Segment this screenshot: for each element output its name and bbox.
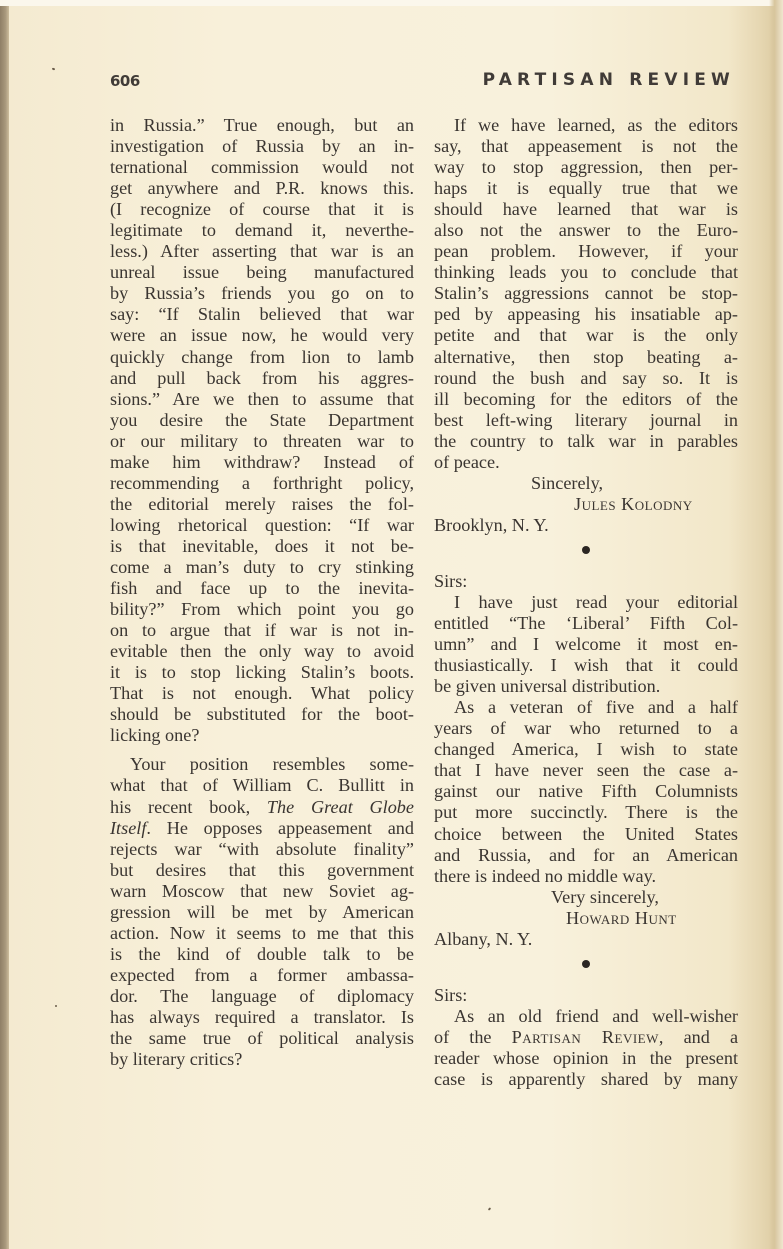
text-fragment: of the [434, 1027, 512, 1047]
closing: Sincerely, [434, 473, 738, 494]
text-line: make him withdraw? Instead of [110, 452, 414, 473]
text-line: Stalin’s aggressions cannot be stop- [434, 283, 738, 304]
letter-hunt: Sirs: I have just read your editorial en… [434, 571, 738, 950]
text-line: bility?” From which point you go [110, 599, 414, 620]
page-right-shadow [769, 0, 783, 1249]
location: Brooklyn, N. Y. [434, 515, 738, 536]
page-number: 606 [110, 72, 140, 90]
text-line: lowing rhetorical question: “If war [110, 515, 414, 536]
book-binding-edge [0, 6, 9, 1249]
text-line: investigation of Russia by an in- [110, 136, 414, 157]
text-line: pean problem. However, if your [434, 241, 738, 262]
text-line: by Russia’s friends you go on to [110, 283, 414, 304]
text-line: As an old friend and well-wisher [434, 1006, 738, 1027]
text-line: reader whose opinion in the present [434, 1048, 738, 1069]
text-line: is that inevitable, does it not be- [110, 536, 414, 557]
book-title-italic: The Great Globe [267, 797, 414, 817]
text-line: sions.” Are we then to assume that [110, 389, 414, 410]
text-line: entitled “The ‘Liberal’ Fifth Col- [434, 613, 738, 634]
text-line: Your position resembles some- [110, 754, 414, 775]
text-line: action. Now it seems to me that this [110, 923, 414, 944]
text-line: of peace. [434, 452, 738, 473]
text-line: rejects war “with absolute finality” [110, 839, 414, 860]
text-line: unreal issue being manufactured [110, 262, 414, 283]
text-line: gression will be met by American [110, 902, 414, 923]
text-line: ternational commission would not [110, 157, 414, 178]
text-line: or our military to threaten war to [110, 431, 414, 452]
text-line: come a man’s duty to cry stinking [110, 557, 414, 578]
text-line: way to stop aggression, then per- [434, 157, 738, 178]
text-line: and Russia, and for an American [434, 845, 738, 866]
text-fragment: his recent book, [110, 797, 267, 817]
text-line: petite and that war is the only [434, 325, 738, 346]
paragraph-gap [110, 746, 414, 754]
text-line: of the Partisan Review, and a [434, 1027, 738, 1048]
text-line: should be substituted for the boot- [110, 704, 414, 725]
text-line: less.) After asserting that war is an [110, 241, 414, 262]
text-line: what that of William C. Bullitt in [110, 775, 414, 796]
letter-third: Sirs: As an old friend and well-wisher o… [434, 985, 738, 1090]
text-line: warn Moscow that new Soviet ag- [110, 881, 414, 902]
text-line: best left-wing literary journal in [434, 410, 738, 431]
text-line: quickly change from lion to lamb [110, 347, 414, 368]
text-line: haps it is equally true that we [434, 178, 738, 199]
text-line: thusiastically. I wish that it could [434, 655, 738, 676]
page-top-edge [0, 0, 783, 6]
text-line: put more succinctly. There is the [434, 802, 738, 823]
running-head: 606 PARTISAN REVIEW [110, 70, 735, 94]
text-line: by literary critics? [110, 1049, 414, 1070]
text-line: ped by appeasing his insatiable ap- [434, 304, 738, 325]
text-line: say: “If Stalin believed that war [110, 304, 414, 325]
text-fragment: , and a [659, 1027, 738, 1047]
text-line: Itself. He opposes appeasement and [110, 818, 414, 839]
text-line: you desire the State Department [110, 410, 414, 431]
bullet-ornament-icon [582, 546, 590, 554]
scanned-page: 606 PARTISAN REVIEW in Russia.” True eno… [0, 0, 783, 1249]
book-title-italic: Itself [110, 818, 146, 838]
salutation: Sirs: [434, 571, 738, 592]
text-line: that I have never seen the case a- [434, 760, 738, 781]
text-line: it is to stop licking Stalin’s boots. [110, 662, 414, 683]
text-line: choice between the United States [434, 824, 738, 845]
journal-title: PARTISAN REVIEW [483, 70, 735, 90]
text-line: legitimate to demand it, neverthe- [110, 220, 414, 241]
text-line: recommending a forthright policy, [110, 473, 414, 494]
right-column: If we have learned, as the editors say, … [434, 115, 738, 1090]
left-column: in Russia.” True enough, but an investig… [110, 115, 414, 1070]
location: Albany, N. Y. [434, 929, 738, 950]
text-line: were an issue now, he would very [110, 325, 414, 346]
text-line: and pull back from his aggres- [110, 368, 414, 389]
text-line: be given universal distribution. [434, 676, 738, 697]
text-line: thinking leads you to conclude that [434, 262, 738, 283]
text-line: licking one? [110, 725, 414, 746]
bullet-ornament-icon [582, 960, 590, 968]
text-line: his recent book, The Great Globe [110, 797, 414, 818]
text-line: say, that appeasement is not the [434, 136, 738, 157]
section-separator [434, 950, 738, 983]
text-line: expected from a former ambassa- [110, 965, 414, 986]
text-line: alternative, then stop beating a- [434, 347, 738, 368]
text-line: If we have learned, as the editors [434, 115, 738, 136]
text-line: the country to talk war in parables [434, 431, 738, 452]
journal-name-small-caps: Partisan Review [512, 1027, 659, 1047]
text-line: years of war who returned to a [434, 718, 738, 739]
text-line: umn” and I welcome it most en- [434, 634, 738, 655]
text-line: but desires that this government [110, 860, 414, 881]
text-line: get anywhere and P.R. knows this. [110, 178, 414, 199]
closing: Very sincerely, [434, 887, 738, 908]
text-line: on to argue that if war is not in- [110, 620, 414, 641]
letter-kolodny: If we have learned, as the editors say, … [434, 115, 738, 536]
text-line: gainst our native Fifth Columnists [434, 781, 738, 802]
text-line: changed America, I wish to state [434, 739, 738, 760]
text-line: dor. The language of diplomacy [110, 986, 414, 1007]
text-line: has always required a translator. Is [110, 1007, 414, 1028]
signature: Jules Kolodny [434, 494, 738, 515]
text-line: case is apparently shared by many [434, 1069, 738, 1090]
salutation: Sirs: [434, 985, 738, 1006]
text-line: evitable then the only way to avoid [110, 641, 414, 662]
text-line: there is indeed no middle way. [434, 866, 738, 887]
text-line: As a veteran of five and a half [434, 697, 738, 718]
text-line: fish and face up to the inevita- [110, 578, 414, 599]
text-line: round the bush and say so. It is [434, 368, 738, 389]
text-line: ill becoming for the editors of the [434, 389, 738, 410]
letter-continuation-paragraph: in Russia.” True enough, but an investig… [110, 115, 414, 746]
text-line: should have learned that war is [434, 199, 738, 220]
section-separator [434, 536, 738, 569]
text-line: in Russia.” True enough, but an [110, 115, 414, 136]
signature: Howard Hunt [434, 908, 738, 929]
text-line: the editorial merely raises the fol- [110, 494, 414, 515]
paper-speck [52, 68, 56, 71]
text-line: the same true of political analysis [110, 1028, 414, 1049]
paper-speck [55, 1005, 57, 1007]
paper-speck [488, 1207, 491, 1211]
text-fragment: . He opposes appeasement and [146, 818, 414, 838]
text-line: That is not enough. What policy [110, 683, 414, 704]
text-line: I have just read your editorial [434, 592, 738, 613]
bullitt-paragraph: Your position resembles some- what that … [110, 754, 414, 1070]
text-line: also not the answer to the Euro- [434, 220, 738, 241]
text-line: is the kind of double talk to be [110, 944, 414, 965]
text-line: (I recognize of course that it is [110, 199, 414, 220]
